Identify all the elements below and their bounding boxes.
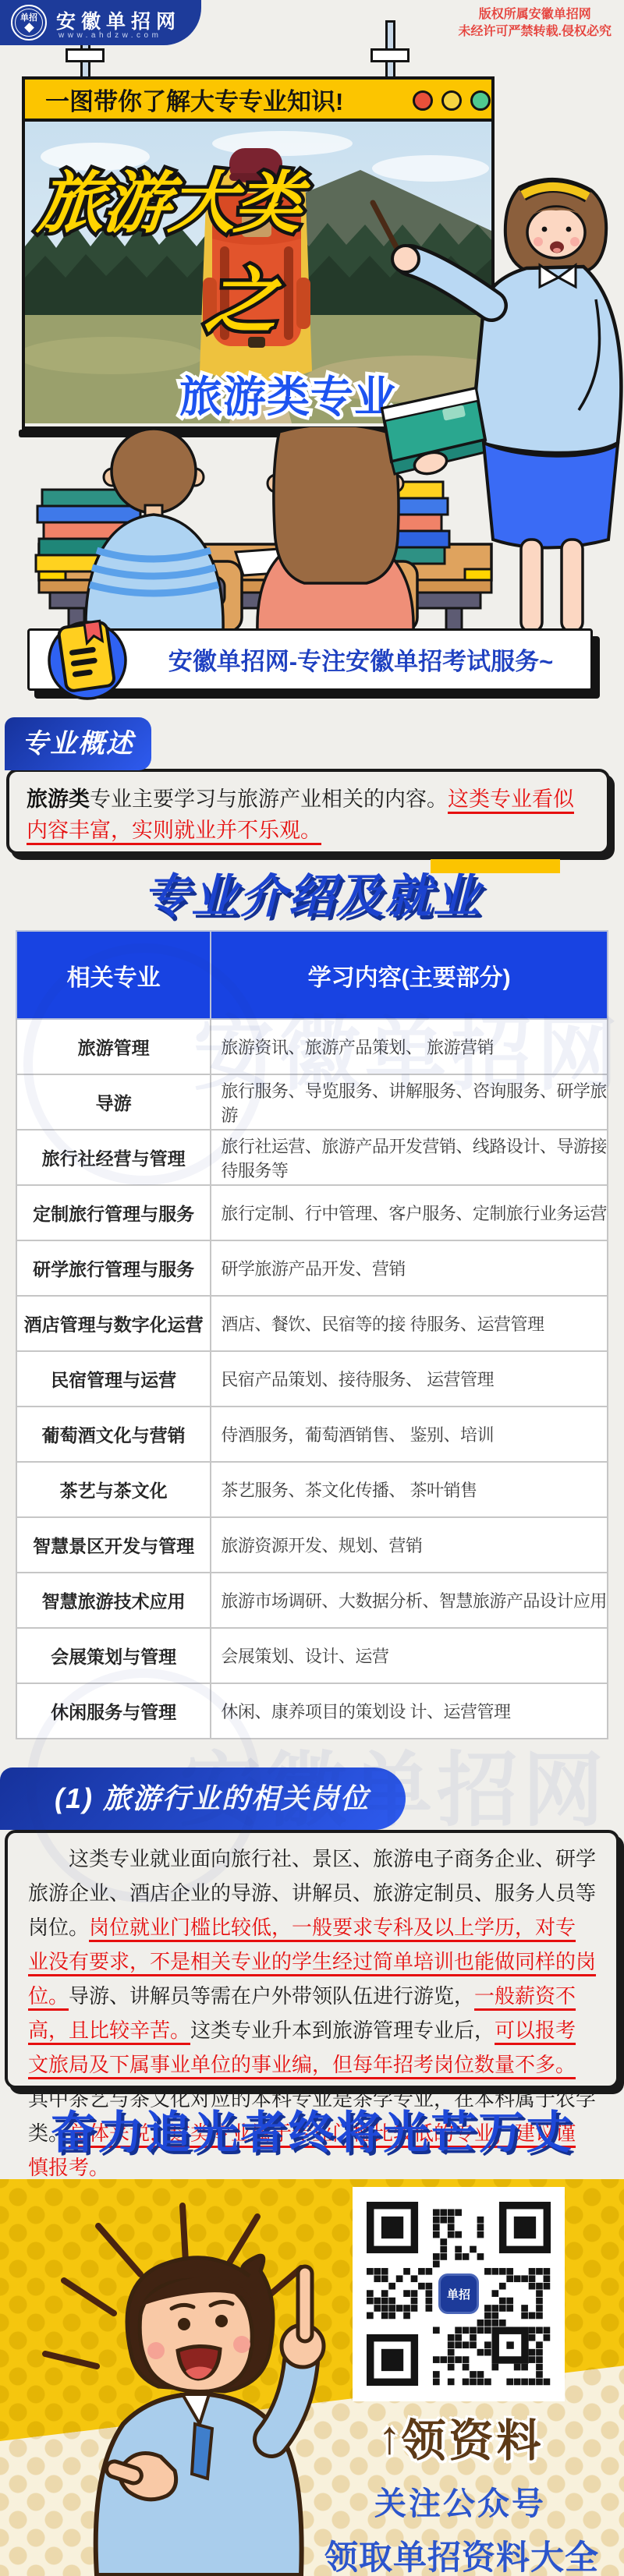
major-content: 休闲、康养项目的策划设 计、运营管理 xyxy=(211,1683,608,1739)
yellow-dot-icon xyxy=(441,90,462,111)
table-row: 研学旅行管理与服务研学旅游产品开发、营销 xyxy=(16,1240,608,1296)
major-name: 茶艺与茶文化 xyxy=(16,1462,211,1517)
table-row: 民宿管理与运营民宿产品策划、接待服务、 运营管理 xyxy=(16,1351,608,1407)
major-content: 侍酒服务，葡萄酒销售、 鉴别、培训 xyxy=(211,1407,608,1462)
major-content: 茶艺服务、茶文化传播、 茶叶销售 xyxy=(211,1462,608,1517)
table-row: 休闲服务与管理休闲、康养项目的策划设 计、运营管理 xyxy=(16,1683,608,1739)
copyright-notice: 版权所属安徽单招网 未经许可严禁转载.侵权必究 xyxy=(459,6,612,41)
cta-line: ↑领资料 xyxy=(340,2405,582,2469)
red-dot-icon xyxy=(413,90,433,111)
major-content: 研学旅游产品开发、营销 xyxy=(211,1240,608,1296)
table-row: 智慧景区开发与管理旅游资源开发、规划、营销 xyxy=(16,1517,608,1573)
major-content: 旅游市场调研、大数据分析、智慧旅游产品设计应用 xyxy=(211,1573,608,1628)
major-content: 旅游资讯、旅游产品策划、 旅游营销 xyxy=(211,1019,608,1074)
qr-code: 单招 xyxy=(353,2187,565,2401)
site-logo-badge-icon: 单招 xyxy=(11,5,47,41)
major-name: 智慧旅游技术应用 xyxy=(16,1573,211,1628)
copyright-line2: 未经许可严禁转载.侵权必究 xyxy=(459,23,612,41)
overview-section-tab: 专业概述 xyxy=(5,717,151,770)
major-name: 旅游管理 xyxy=(16,1019,211,1074)
major-content: 会展策划、设计、运营 xyxy=(211,1628,608,1683)
banner-title-connector: 之 xyxy=(202,261,284,341)
table-row: 葡萄酒文化与营销侍酒服务，葡萄酒销售、 鉴别、培训 xyxy=(16,1407,608,1462)
major-content: 旅游资源开发、规划、营销 xyxy=(211,1517,608,1573)
site-name: 安徽单招网 xyxy=(56,6,181,34)
jobs-section-tab: (1) 旅游行业的相关岗位 xyxy=(0,1767,406,1830)
table-row: 茶艺与茶文化茶艺服务、茶文化传播、 茶叶销售 xyxy=(16,1462,608,1517)
green-dot-icon xyxy=(470,90,491,111)
sign-clamp-left xyxy=(66,48,105,62)
qr-logo-badge: 单招 xyxy=(438,2273,479,2314)
up-arrow-icon: ↑ xyxy=(378,2411,402,2464)
majors-table: 相关专业 学习内容(主要部分) 旅游管理旅游资讯、旅游产品策划、 旅游营销 导游… xyxy=(16,930,608,1739)
overview-body: 专业主要学习与旅游产业相关的内容。 xyxy=(90,787,448,811)
jobs-box: 这类专业就业面向旅行社、景区、旅游电子商务企业、研学旅游企业、酒店企业的导游、讲… xyxy=(5,1830,619,2089)
footer-section: 单招 ↑领资料 关注公众号 领取单招资料大全 xyxy=(0,2179,624,2576)
overview-lead: 旅游类 xyxy=(27,787,90,811)
major-name: 研学旅行管理与服务 xyxy=(16,1240,211,1296)
col-header-major: 相关专业 xyxy=(16,931,211,1019)
major-name: 旅行社经营与管理 xyxy=(16,1130,211,1185)
cta-label: 领资料 xyxy=(402,2416,544,2466)
major-content: 旅行定制、行中管理、客户服务、定制旅行业务运营 xyxy=(211,1185,608,1240)
banner-title-sub: 旅游类专业 xyxy=(179,373,398,421)
table-row: 旅游管理旅游资讯、旅游产品策划、 旅游营销 xyxy=(16,1019,608,1074)
copyright-line1: 版权所属安徽单招网 xyxy=(459,6,612,23)
overview-box: 旅游类专业主要学习与旅游产业相关的内容。这类专业看似内容丰富，实则就业并不乐观。 xyxy=(6,769,610,855)
service-banner-text: 安徽单招网-专注安徽单招考试服务~ xyxy=(139,631,583,693)
intro-section-title: 专业介绍及就业 xyxy=(0,859,624,926)
teacher-illustration xyxy=(367,173,624,635)
table-row: 导游旅行服务、导览服务、讲解服务、咨询服务、研学旅游 xyxy=(16,1074,608,1130)
major-content: 旅行社运营、旅游产品开发营销、线路设计、导游接待服务等 xyxy=(211,1130,608,1185)
jobs-seg-5: 这类专业升本到旅游管理专业后， xyxy=(190,2019,495,2042)
table-row: 旅行社经营与管理旅行社运营、旅游产品开发营销、线路设计、导游接待服务等 xyxy=(16,1130,608,1185)
banner-title-main: 旅游大类 xyxy=(34,166,313,241)
qr-center-logo: 单招 xyxy=(434,2270,483,2318)
table-header-row: 相关专业 学习内容(主要部分) xyxy=(16,931,608,1019)
major-name: 导游 xyxy=(16,1074,211,1130)
motto-text: 奋力追光者终将光芒万丈 xyxy=(0,2096,624,2161)
service-banner: 安徽单招网-专注安徽单招考试服务~ xyxy=(27,628,593,691)
logo-badge-text: 单招 xyxy=(20,14,37,23)
major-name: 智慧景区开发与管理 xyxy=(16,1517,211,1573)
major-content: 民宿产品策划、接待服务、 运营管理 xyxy=(211,1351,608,1407)
benefit-text: 领取单招资料大全 xyxy=(306,2532,618,2576)
banner-tagline: 一图带你了解大专专业知识! xyxy=(45,82,343,117)
table-row: 智慧旅游技术应用旅游市场调研、大数据分析、智慧旅游产品设计应用 xyxy=(16,1573,608,1628)
major-name: 葡萄酒文化与营销 xyxy=(16,1407,211,1462)
major-name: 会展策划与管理 xyxy=(16,1628,211,1683)
table-row: 会展策划与管理会展策划、设计、运营 xyxy=(16,1628,608,1683)
table-row: 酒店管理与数字化运营酒店、餐饮、民宿等的接 待服务、运营管理 xyxy=(16,1296,608,1351)
site-logo: 单招 安徽单招网 www.ahdzw.com xyxy=(0,0,201,45)
major-name: 休闲服务与管理 xyxy=(16,1683,211,1739)
notebook-icon xyxy=(47,617,128,701)
major-name: 民宿管理与运营 xyxy=(16,1351,211,1407)
table-row: 定制旅行管理与服务旅行定制、行中管理、客户服务、定制旅行业务运营 xyxy=(16,1185,608,1240)
major-name: 酒店管理与数字化运营 xyxy=(16,1296,211,1351)
col-header-content: 学习内容(主要部分) xyxy=(211,931,608,1019)
overview-paragraph: 旅游类专业主要学习与旅游产业相关的内容。这类专业看似内容丰富，实则就业并不乐观。 xyxy=(27,784,590,846)
major-name: 定制旅行管理与服务 xyxy=(16,1185,211,1240)
major-content: 酒店、餐饮、民宿等的接 待服务、运营管理 xyxy=(211,1296,608,1351)
banner-title-bar: 一图带你了解大专专业知识! xyxy=(22,76,495,122)
poster-page: 单招 安徽单招网 www.ahdzw.com 版权所属安徽单招网 未经许可严禁转… xyxy=(0,0,624,2576)
jobs-seg-3: 导游、讲解员等需在户外带领队伍进行游览， xyxy=(69,1984,474,2008)
sign-clamp-right xyxy=(370,48,409,62)
graduation-cap-icon xyxy=(24,23,34,33)
follow-account-text: 关注公众号 xyxy=(320,2478,601,2524)
major-content: 旅行服务、导览服务、讲解服务、咨询服务、研学旅游 xyxy=(211,1074,608,1130)
site-url: www.ahdzw.com xyxy=(58,31,161,40)
cheering-boy-illustration xyxy=(22,2190,349,2576)
